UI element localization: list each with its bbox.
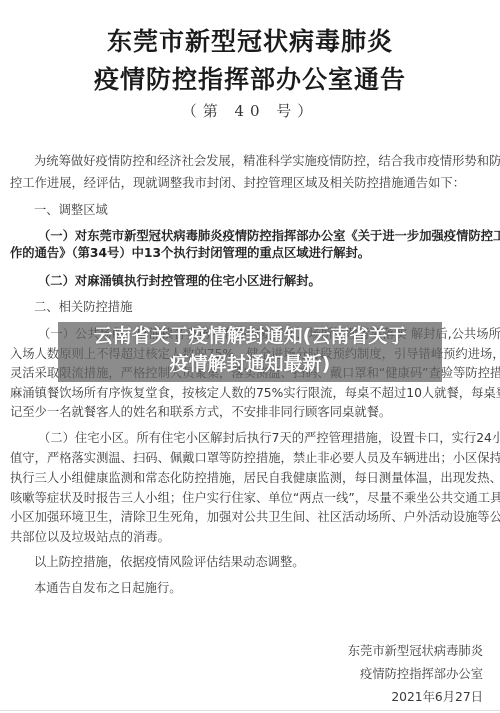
signature-date: 2021年6月27日 bbox=[391, 687, 483, 705]
body-line: （二）住宅小区。所有住宅小区解封后执行7天的严控管理措施，设置卡口，实行24小时 bbox=[38, 430, 500, 446]
section-heading: 一、调整区域 bbox=[34, 202, 108, 218]
doc-title-line2: 疫情防控指挥部办公室通告 bbox=[0, 60, 500, 96]
signature-org-line1: 东莞市新型冠状病毒肺炎 bbox=[348, 641, 483, 659]
body-line: 记至少一名就餐客人的姓名和联系方式，不安排非同行顾客同桌就餐。 bbox=[10, 404, 391, 420]
signature-org-line2: 疫情防控指挥部办公室 bbox=[360, 664, 483, 682]
body-line: 值守，严格落实测温、扫码、佩戴口罩等防控措施，禁止非必要人员及车辆进出；小区保持 bbox=[10, 450, 500, 466]
body-line: 共部位以及垃圾站点的消毒。 bbox=[10, 529, 170, 545]
body-line: 咳嗽等症状及时报告三人小组；住户实行住家、单位“两点一线”，尽量不乘坐公共交通工… bbox=[10, 490, 500, 506]
doc-number: （第 40 号） bbox=[0, 100, 500, 121]
doc-title-line1: 东莞市新型冠状病毒肺炎 bbox=[0, 22, 500, 58]
headline-line1: 云南省关于疫情解封通知(云南省关于 bbox=[58, 322, 442, 350]
bottom-divider bbox=[0, 710, 500, 711]
body-line: 执行三人小组健康监测和常态化防控措施，居民自我健康监测，每日测量体温，出现发热、 bbox=[10, 470, 500, 486]
body-line: 本通告自发布之日起施行。 bbox=[34, 580, 182, 596]
body-line: （二）对麻涌镇执行封控管理的住宅小区进行解封。 bbox=[38, 273, 321, 289]
section-heading: 二、相关防控措施 bbox=[34, 299, 132, 315]
body-line: 控工作进展，经评估，现就调整我市封闭、封控管理区域及相关防控措施通告如下： bbox=[10, 175, 465, 191]
headline-line2: 疫情解封通知最新) bbox=[58, 350, 442, 378]
body-line: （一）对东莞市新型冠状病毒肺炎疫情防控指挥部办公室《关于进一步加强疫情防控工 bbox=[38, 228, 500, 244]
body-line: 小区加强环境卫生，清除卫生死角，加强对公共卫生间、社区活动场所、户外活动设施等公 bbox=[10, 509, 500, 525]
headline-overlay-text: 云南省关于疫情解封通知(云南省关于 疫情解封通知最新) bbox=[58, 322, 442, 378]
body-line: 为统筹做好疫情防控和经济社会发展，精准科学实施疫情防控，结合我市疫情形势和防 bbox=[34, 153, 500, 169]
body-line: 以上防控措施，依据疫情风险评估结果动态调整。 bbox=[34, 554, 305, 570]
body-line: 作的通告》（第34号）中13个执行封闭管理的重点区域进行解封。 bbox=[10, 245, 370, 261]
body-line: 麻涌镇餐饮场所有序恢复堂食，按核定人数的75%实行限流，每桌不超过10人就餐，每… bbox=[10, 385, 500, 401]
